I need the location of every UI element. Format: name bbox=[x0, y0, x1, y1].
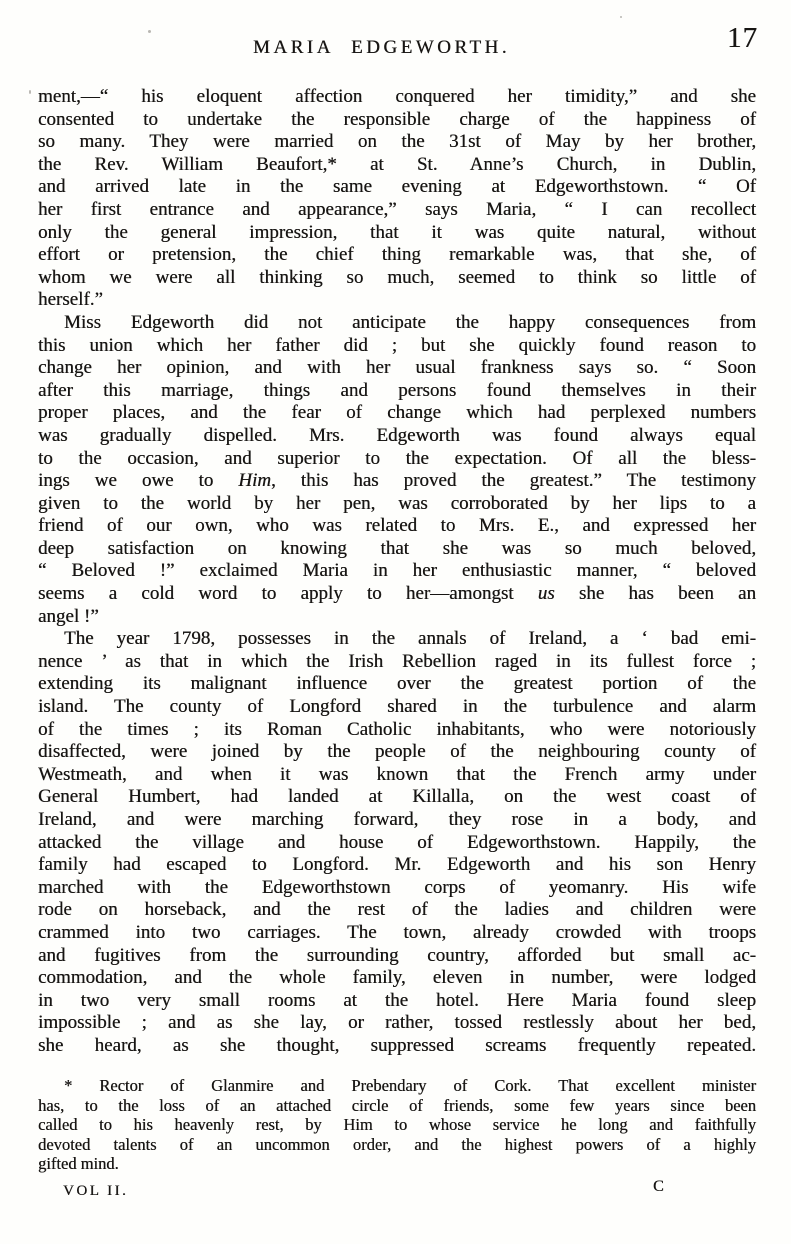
text-line: rode on horseback, and the rest of the l… bbox=[38, 899, 756, 922]
text-line: the Rev. William Beaufort,* at St. Anne’… bbox=[38, 154, 756, 177]
text-line: marched with the Edgeworthstown corps of… bbox=[38, 877, 756, 900]
text-line: Westmeath, and when it was known that th… bbox=[38, 764, 756, 787]
paragraph-continuation: ment,—“ his eloquent affection conquered… bbox=[38, 86, 756, 312]
text-line: disaffected, were joined by the people o… bbox=[38, 741, 756, 764]
text-line: family had escaped to Longford. Mr. Edge… bbox=[38, 854, 756, 877]
scan-speck bbox=[148, 30, 151, 33]
text-line: The year 1798, possesses in the annals o… bbox=[38, 628, 756, 651]
body-text: ment,—“ his eloquent affection conquered… bbox=[38, 86, 756, 1058]
text-line: General Humbert, had landed at Killalla,… bbox=[38, 786, 756, 809]
text-line: her first entrance and appearance,” says… bbox=[38, 199, 756, 222]
text-line: consented to undertake the responsible c… bbox=[38, 109, 756, 132]
text-line: gifted mind. bbox=[38, 1154, 756, 1174]
text-line: whom we were all thinking so much, seeme… bbox=[38, 267, 756, 290]
text-line: effort or pretension, the chief thing re… bbox=[38, 244, 756, 267]
italic-word: us bbox=[538, 583, 555, 604]
text-line: has, to the loss of an attached circle o… bbox=[38, 1096, 756, 1116]
text-line: nence ’ as that in which the Irish Rebel… bbox=[38, 651, 756, 674]
text-line: change her opinion, and with her usual f… bbox=[38, 357, 756, 380]
text-line: Ireland, and were marching forward, they… bbox=[38, 809, 756, 832]
text-line: proper places, and the fear of change wh… bbox=[38, 402, 756, 425]
text-line: crammed into two carriages. The town, al… bbox=[38, 922, 756, 945]
scan-speck bbox=[29, 90, 31, 94]
text-line: given to the world by her pen, was corro… bbox=[38, 493, 756, 516]
text-line: commodation, and the whole family, eleve… bbox=[38, 967, 756, 990]
text-line: Miss Edgeworth did not anticipate the ha… bbox=[38, 312, 756, 335]
volume-label: VOL II. bbox=[63, 1183, 128, 1200]
text-line: friend of our own, who was related to Mr… bbox=[38, 515, 756, 538]
text-line: impossible ; and as she lay, or rather, … bbox=[38, 1012, 756, 1035]
text-line: extending its malignant influence over t… bbox=[38, 673, 756, 696]
text-line: after this marriage, things and persons … bbox=[38, 380, 756, 403]
signature-mark: C bbox=[653, 1178, 664, 1196]
italic-word: Him bbox=[238, 470, 271, 491]
book-page: MARIA EDGEWORTH. 17 ment,—“ his eloquent… bbox=[0, 0, 791, 1244]
text-line: attacked the village and house of Edgewo… bbox=[38, 832, 756, 855]
text-line: herself.” bbox=[38, 289, 756, 312]
scan-speck bbox=[620, 16, 622, 18]
text-line: in two very small rooms at the hotel. He… bbox=[38, 990, 756, 1013]
text-line: so many. They were married on the 31st o… bbox=[38, 131, 756, 154]
text-line: to the occasion, and superior to the exp… bbox=[38, 448, 756, 471]
page-number: 17 bbox=[727, 22, 758, 55]
text-line: devoted talents of an uncommon order, an… bbox=[38, 1135, 756, 1155]
running-header-title: MARIA EDGEWORTH. bbox=[0, 37, 777, 59]
text-line: island. The county of Longford shared in… bbox=[38, 696, 756, 719]
text-line: was gradually dispelled. Mrs. Edgeworth … bbox=[38, 425, 756, 448]
paragraph-year-1798: The year 1798, possesses in the annals o… bbox=[38, 628, 756, 1057]
text-line: and fugitives from the surrounding count… bbox=[38, 945, 756, 968]
text-line: of the times ; its Roman Catholic inhabi… bbox=[38, 719, 756, 742]
text-line: ment,—“ his eloquent affection conquered… bbox=[38, 86, 756, 109]
text-line: she heard, as she thought, suppressed sc… bbox=[38, 1035, 756, 1058]
text-line: and arrived late in the same evening at … bbox=[38, 176, 756, 199]
text-line: seems a cold word to apply to her—amongs… bbox=[38, 583, 756, 606]
text-line: only the general impression, that it was… bbox=[38, 222, 756, 245]
footnote: * Rector of Glanmire and Prebendary of C… bbox=[38, 1076, 756, 1174]
text-line: called to his heavenly rest, by Him to w… bbox=[38, 1115, 756, 1135]
text-line: angel !” bbox=[38, 606, 756, 629]
text-line: “ Beloved !” exclaimed Maria in her enth… bbox=[38, 560, 756, 583]
text-line: this union which her father did ; but sh… bbox=[38, 335, 756, 358]
text-line: ings we owe to Him, this has proved the … bbox=[38, 470, 756, 493]
text-line: * Rector of Glanmire and Prebendary of C… bbox=[38, 1076, 756, 1096]
paragraph-marriage-consequences: Miss Edgeworth did not anticipate the ha… bbox=[38, 312, 756, 628]
text-line: deep satisfaction on knowing that she wa… bbox=[38, 538, 756, 561]
